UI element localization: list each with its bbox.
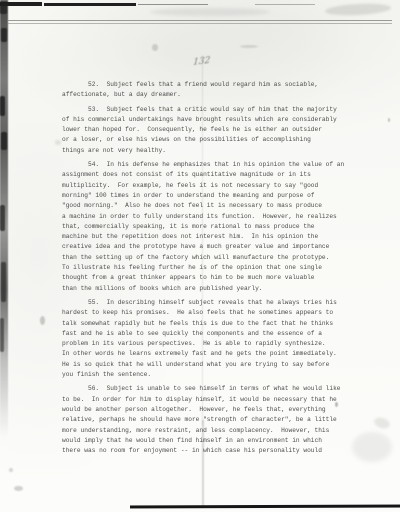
smudge — [335, 402, 338, 407]
smudge — [40, 316, 45, 325]
smudge — [55, 140, 61, 145]
text-line: hardest to keep his promises. He also fe… — [62, 308, 362, 318]
text-line: 56. Subject is unable to see himself in … — [62, 384, 362, 394]
page-number: 132 — [193, 56, 211, 68]
text-line: problem in its various perspectives. He … — [62, 339, 362, 349]
binding-blob — [0, 205, 5, 231]
text-line: a machine in order to fully understand i… — [62, 212, 362, 222]
top-edge-line — [255, 4, 315, 5]
smudge — [9, 468, 13, 472]
text-line: than the setting up of the factory which… — [62, 253, 362, 263]
binding-blob — [1, 262, 6, 302]
top-edge-line — [44, 3, 136, 6]
text-line: He is so quick that he will understand w… — [62, 360, 362, 370]
text-line: To illustrate his feeling further he is … — [62, 263, 362, 273]
text-line: or a loser, or else his views on the pos… — [62, 135, 362, 145]
smudge — [388, 118, 390, 122]
text-line: talk somewhat rapidly but he feels this … — [62, 319, 362, 329]
text-line: creative idea and the prototype have a m… — [62, 242, 362, 252]
smudge — [325, 2, 391, 16]
paragraph: 52. Subject feels that a friend would re… — [62, 80, 362, 101]
text-line: fast and he is able to see quickly the c… — [62, 329, 362, 339]
text-line: In other words he learns extremely fast … — [62, 349, 362, 359]
bottom-edge-line — [130, 505, 400, 509]
top-edge-line — [138, 4, 208, 5]
text-line: assignment does not consist of its quant… — [62, 170, 362, 180]
text-line: you finish the sentence. — [62, 370, 362, 380]
text-line: affectionate, but a day dreamer. — [62, 90, 362, 100]
text-line: lower than hoped for. Consequently, he f… — [62, 125, 362, 135]
text-line: relative, perhaps he should have more "s… — [62, 415, 362, 425]
smudge — [14, 486, 23, 491]
text-line: things are not very healthy. — [62, 146, 362, 156]
text-line: 54. In his defense he emphasizes that in… — [62, 160, 362, 170]
horizontal-rule — [8, 23, 392, 24]
binding-blob — [1, 28, 7, 42]
binding-blob — [1, 132, 7, 150]
paragraph: 54. In his defense he emphasizes that in… — [62, 160, 362, 294]
smudge — [150, 8, 270, 16]
binding-blob — [0, 96, 5, 116]
text-line: that, commercially speaking, it is more … — [62, 222, 362, 232]
smudge — [373, 416, 391, 430]
text-line: thought from a great thinker appears to … — [62, 273, 362, 283]
paragraph: 55. In describing himself subject reveal… — [62, 298, 362, 380]
text-line: would be another person altogether. Howe… — [62, 405, 362, 415]
document-text: 52. Subject feels that a friend would re… — [62, 80, 362, 460]
top-edge-line — [0, 2, 42, 6]
text-line: 53. Subject feels that a critic would sa… — [62, 105, 362, 115]
text-line: 55. In describing himself subject reveal… — [62, 298, 362, 308]
text-line: multiplicity. For example, he feels it i… — [62, 181, 362, 191]
text-line: of his commercial undertakings have brou… — [62, 115, 362, 125]
binding-blob — [0, 318, 4, 352]
text-line: morning" 100 times in order to understan… — [62, 191, 362, 201]
text-line: there was no room for enjoyment -- in wh… — [62, 446, 362, 456]
text-line: more understanding, more restraint, and … — [62, 426, 362, 436]
text-line: than the millions of books which are pub… — [62, 284, 362, 294]
horizontal-rule — [8, 20, 392, 21]
scanned-document-page: 132 52. Subject feels that a friend woul… — [0, 0, 400, 512]
smudge — [152, 44, 158, 51]
text-line: would imply that he would then find hims… — [62, 436, 362, 446]
text-line: machine but the repetition does not inte… — [62, 232, 362, 242]
paragraph: 56. Subject is unable to see himself in … — [62, 384, 362, 456]
paragraph: 53. Subject feels that a critic would sa… — [62, 105, 362, 156]
text-line: "good morning." Also he does not feel it… — [62, 201, 362, 211]
smudge — [352, 432, 392, 462]
smudge — [240, 45, 258, 48]
text-line: 52. Subject feels that a friend would re… — [62, 80, 362, 90]
text-line: to be. In order for him to display himse… — [62, 395, 362, 405]
